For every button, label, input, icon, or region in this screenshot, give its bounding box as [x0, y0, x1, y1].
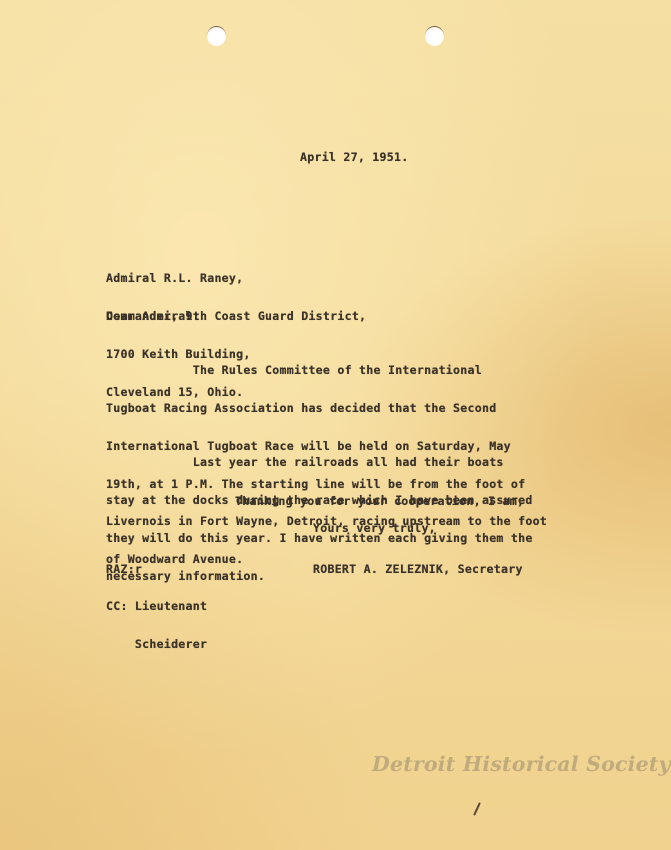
text-line: Last year the railroads all had their bo…	[106, 456, 533, 469]
text-line: The Rules Committee of the International	[106, 364, 547, 377]
punch-hole-right	[425, 26, 444, 46]
valediction: Yours very truly,	[313, 522, 436, 535]
pencil-mark	[473, 802, 481, 816]
carbon-copy: CC: Lieutenant Scheiderer	[106, 575, 207, 676]
typist-initials: RAZ:r	[106, 563, 142, 576]
signature: ROBERT A. ZELEZNIK, Secretary	[313, 563, 523, 576]
letter-date: April 27, 1951.	[300, 151, 408, 164]
cc-line: CC: Lieutenant	[106, 600, 207, 613]
salutation: Dear Admiral:	[106, 310, 200, 323]
watermark-logo: Detroit Historical Society	[372, 752, 671, 776]
closing-line: Thanking you for your cooperation, I am,	[235, 495, 524, 508]
text-line: Tugboat Racing Association has decided t…	[106, 402, 547, 415]
letter-page: April 27, 1951. Admiral R.L. Raney, Comm…	[0, 0, 671, 850]
cc-line: Scheiderer	[106, 638, 207, 651]
address-line: Admiral R.L. Raney,	[106, 272, 366, 285]
punch-hole-left	[207, 26, 226, 46]
